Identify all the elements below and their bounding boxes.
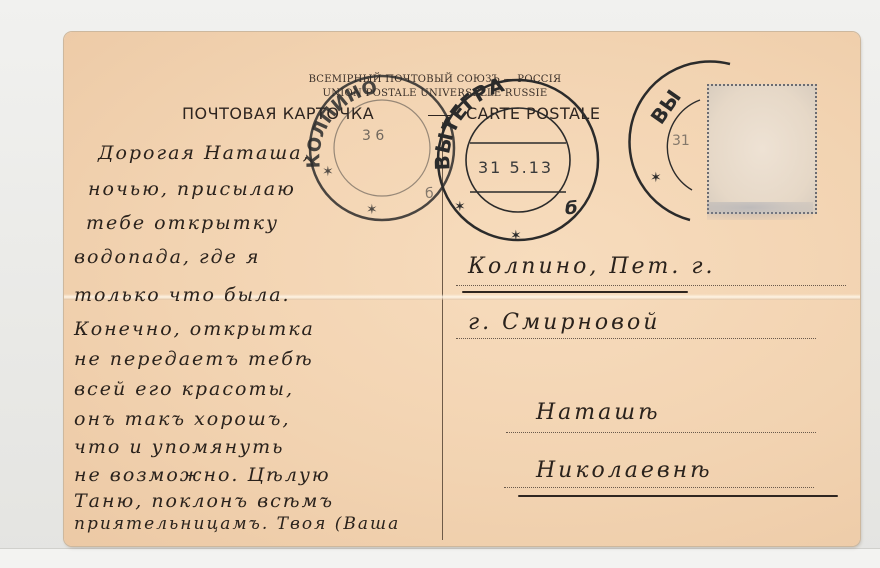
message-line: Таню, поклонъ всѣмъ: [74, 490, 334, 512]
address-line-patronymic: Николаевнѣ: [536, 458, 713, 483]
message-line: водопада, где я: [74, 246, 261, 268]
message-line: тебе открытку: [86, 212, 279, 234]
message-address-divider: [442, 122, 443, 540]
postcard: ВСЕМIРНЫЙ ПОЧТОВЫЙ СОЮЗЪ — РОССIЯ UNION …: [64, 32, 860, 546]
address-line-city: Колпино, Пет. г.: [468, 254, 716, 279]
header-title-french: CARTE POSTALE: [466, 104, 600, 123]
header-union-french: UNION POSTALE UNIVERSELLE RUSSIE: [270, 88, 600, 99]
message-line: Дорогая Наташа,: [98, 142, 311, 164]
message-line: только что была.: [74, 284, 291, 306]
address-rule: [504, 487, 814, 488]
message-line: всей его красоты,: [74, 378, 294, 400]
message-line: не передаетъ тебѣ: [74, 348, 314, 370]
stamp-placeholder: [707, 84, 817, 214]
message-line: Конечно, открытка: [74, 318, 315, 340]
message-line: онъ такъ хорошъ,: [74, 408, 291, 430]
address-rule: [456, 285, 846, 286]
header-title-russian: ПОЧТОВАЯ КАРТОЧКА: [182, 104, 374, 123]
header-union-russian: ВСЕМIРНЫЙ ПОЧТОВЫЙ СОЮЗЪ — РОССIЯ: [270, 74, 600, 85]
header-separator: [428, 115, 452, 116]
stamp-residue: [707, 202, 813, 220]
address-underline: [518, 495, 838, 497]
address-rule: [506, 432, 816, 433]
address-line-first-name: Наташѣ: [536, 400, 661, 425]
protective-sleeve-edge: [0, 548, 880, 568]
message-line: ночью, присылаю: [88, 178, 296, 200]
message-line: приятельницамъ. Твоя (Ваша: [74, 514, 400, 534]
address-underline: [462, 291, 688, 293]
message-line: не возможно. Цѣлую: [74, 464, 331, 486]
message-line: что и упомянуть: [74, 436, 285, 458]
address-line-recipient: г. Смирновой: [468, 310, 660, 335]
address-rule: [456, 338, 816, 339]
